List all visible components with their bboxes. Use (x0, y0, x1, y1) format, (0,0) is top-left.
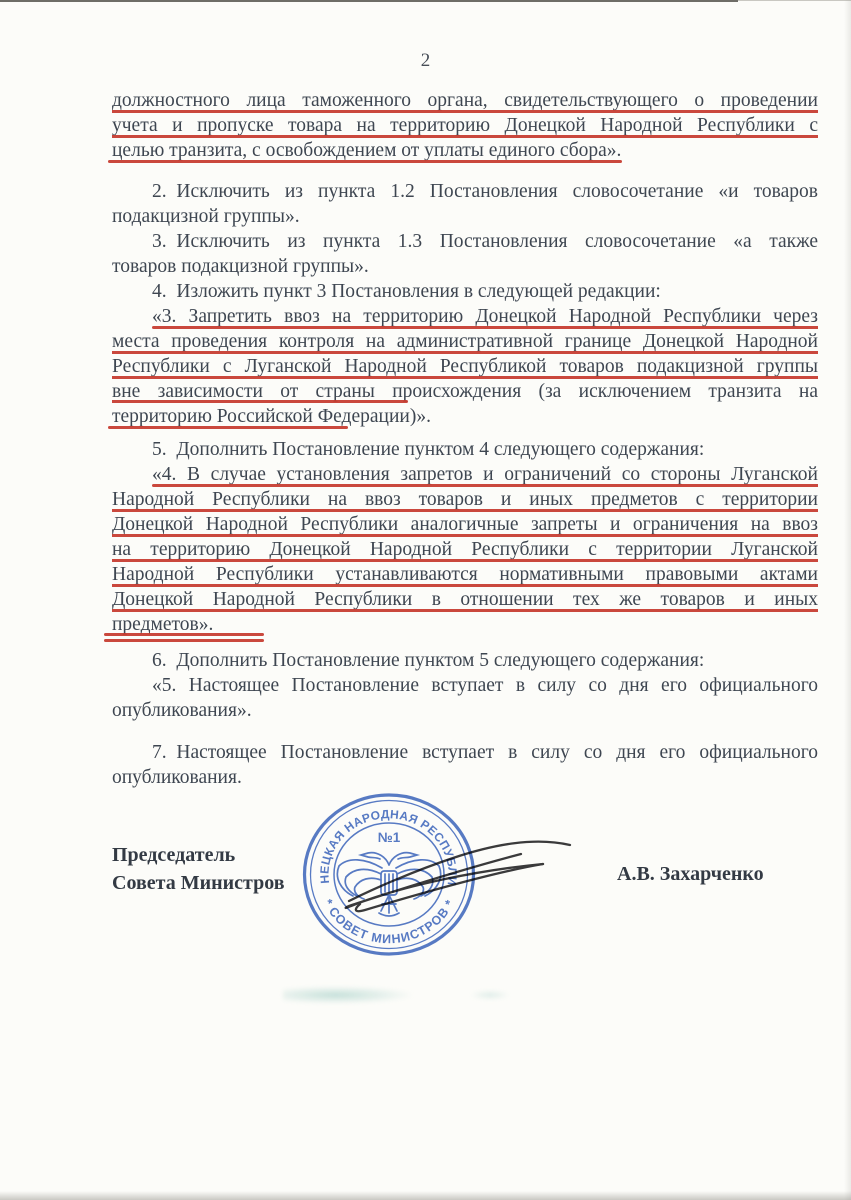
text-line: товаров подакцизной группы». (112, 254, 818, 279)
paragraph-item-4: 4. Изложить пункт 3 Постановления в след… (112, 279, 818, 304)
ink-smudge-small (470, 990, 510, 1000)
paragraph-item-3: 3. Исключить из пункта 1.3 Постановления… (112, 229, 818, 279)
text-line: 7. Настоящее Постановление вступает в си… (112, 740, 818, 765)
text-line: 6. Дополнить Постановление пунктом 5 сле… (112, 648, 818, 673)
paragraph-continuation: должностного лица таможенного органа, св… (112, 88, 818, 163)
text-line: «5. Настоящее Постановление вступает в с… (112, 673, 818, 698)
signer-title-line2: Совета Министров (112, 869, 285, 897)
text-line: на территорию Донецкой Народной Республи… (112, 537, 818, 562)
document-body: должностного лица таможенного органа, св… (112, 88, 818, 790)
ink-smudge (283, 986, 415, 1004)
text-line: 3. Исключить из пункта 1.3 Постановления… (112, 229, 818, 254)
text-line: места проведения контроля на администрат… (112, 329, 818, 354)
paragraph-quote-5: «5. Настоящее Постановление вступает в с… (112, 673, 818, 723)
paragraph-quote-3: «3. Запретить ввоз на территорию Донецко… (112, 304, 818, 429)
text-line: Донецкой Народной Республики в отношении… (112, 587, 818, 612)
paragraph-item-7: 7. Настоящее Постановление вступает в си… (112, 740, 818, 790)
text-line: опубликования». (112, 698, 818, 723)
paragraph-item-6: 6. Дополнить Постановление пунктом 5 сле… (112, 648, 818, 673)
signer-title-line1: Председатель (112, 841, 285, 869)
signature (325, 830, 580, 918)
text-line: Республики с Луганской Народной Республи… (112, 354, 818, 379)
text-line: Донецкой Народной Республики аналогичные… (112, 512, 818, 537)
text-line: учета и пропуске товара на территорию До… (112, 113, 818, 138)
text-line: территорию Российской Федерации)». (112, 404, 818, 429)
scan-top-edge (0, 0, 738, 2)
text-line: опубликования. (112, 765, 818, 790)
text-line: должностного лица таможенного органа, св… (112, 88, 818, 113)
signer-title: Председатель Совета Министров (112, 841, 285, 897)
text-line: Народной Республики устанавливаются норм… (112, 562, 818, 587)
signer-name: А.В. Захарченко (617, 863, 764, 886)
text-line: предметов». (112, 612, 818, 637)
paragraph-item-2: 2. Исключить из пункта 1.2 Постановления… (112, 179, 818, 229)
paragraph-quote-4: «4. В случае установления запретов и огр… (112, 462, 818, 637)
scan-bottom-shadow (0, 1191, 851, 1200)
text-line: Народной Республики на ввоз товаров и ин… (112, 487, 818, 512)
text-line: подакцизной группы». (112, 204, 818, 229)
text-line: 4. Изложить пункт 3 Постановления в след… (112, 279, 818, 304)
text-line: «4. В случае установления запретов и огр… (112, 462, 818, 487)
text-line: «3. Запретить ввоз на территорию Донецко… (112, 304, 818, 329)
scan-right-shadow (844, 0, 851, 1200)
paragraph-item-5: 5. Дополнить Постановление пунктом 4 сле… (112, 437, 818, 462)
page-number: 2 (0, 50, 851, 72)
scanned-document-page: 2 должностного лица таможенного органа, … (0, 0, 851, 1200)
text-line: 5. Дополнить Постановление пунктом 4 сле… (112, 437, 818, 462)
scan-top-edge-light (738, 0, 851, 1)
text-line: 2. Исключить из пункта 1.2 Постановления… (112, 179, 818, 204)
text-line: вне зависимости от страны происхождения … (112, 379, 818, 404)
text-line: целью транзита, с освобождением от уплат… (112, 138, 818, 163)
